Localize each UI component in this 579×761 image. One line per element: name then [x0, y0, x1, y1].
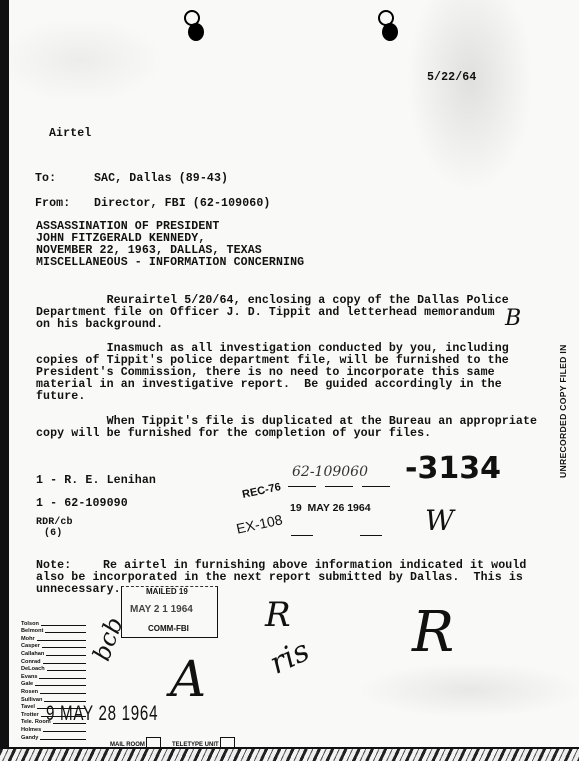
mailed-title: MAILED 19 — [146, 587, 188, 596]
margin-handwriting: B — [505, 306, 521, 331]
routing-line — [40, 739, 86, 740]
routing-row: Rosen — [21, 687, 86, 695]
routing-row: Tolson — [21, 619, 86, 627]
scan-edge-bottom — [0, 747, 579, 761]
routing-name: Sullivan — [21, 697, 42, 703]
stamp-underline — [291, 535, 313, 536]
handwritten-initials: R — [412, 600, 454, 665]
routing-name: Tavel — [21, 704, 35, 710]
rec-underline — [362, 486, 390, 487]
document-date: 5/22/64 — [427, 71, 476, 84]
body-line: material in an investigative report. Be … — [36, 378, 502, 391]
routing-line — [43, 731, 86, 732]
to-label: To: — [35, 172, 56, 185]
received-stamp: 19 MAY 26 1964 — [290, 502, 371, 514]
copy-count: (6) — [44, 528, 62, 539]
handwritten-initials: R — [265, 595, 291, 635]
serial-number: -3134 — [405, 451, 501, 486]
copy-line: 1 - 62-109090 — [36, 497, 128, 510]
mailed-stamp: MAILED 19 MAY 2 1 1964 COMM-FBI — [121, 586, 218, 638]
ex-stamp: EX-108 — [235, 511, 284, 536]
routing-line — [39, 678, 86, 679]
routing-line — [45, 632, 86, 633]
routing-name: Conrad — [21, 659, 41, 665]
routing-row: Evans — [21, 672, 86, 680]
routing-name: Gale — [21, 681, 33, 687]
routing-line — [43, 663, 86, 664]
handwritten-initials: bcb — [87, 613, 128, 664]
routing-line — [37, 640, 86, 641]
routing-name: Gandy — [21, 735, 38, 741]
copy-line: 1 - R. E. Lenihan — [36, 474, 156, 487]
rec-underline — [325, 486, 353, 487]
routing-row: Casper — [21, 642, 86, 650]
routing-line — [46, 655, 86, 656]
punch-hole — [188, 23, 204, 41]
routing-name: Callahan — [21, 651, 44, 657]
initials-handwriting: W — [425, 504, 454, 537]
routing-line — [47, 670, 86, 671]
to-value: SAC, Dallas (89-43) — [94, 172, 228, 185]
routing-name: Mohr — [21, 636, 35, 642]
routing-name: Evans — [21, 674, 37, 680]
routing-row: Gandy — [21, 733, 86, 741]
mailed-date: MAY 2 1 1964 — [130, 604, 193, 615]
rec-underline — [288, 486, 316, 487]
mailed-footer: COMM-FBI — [148, 624, 189, 633]
body-line: copy will be furnished for the completio… — [36, 427, 431, 440]
routing-name: Rosen — [21, 689, 38, 695]
handwritten-initials: ris — [264, 633, 314, 681]
stamp-underline — [360, 535, 382, 536]
scan-edge-left — [0, 0, 9, 761]
unrecorded-copy-stamp: UNRECORDED COPY FILED IN — [558, 344, 568, 478]
routing-row: Gale — [21, 680, 86, 688]
document-type: Airtel — [49, 127, 91, 140]
routing-name: Holmes — [21, 727, 41, 733]
rec-file-number: 62-109060 — [292, 464, 368, 480]
note-line: unnecessary. — [36, 583, 121, 596]
rec-stamp: REC-76 — [241, 481, 282, 501]
routing-row: Mohr — [21, 634, 86, 642]
routing-line — [40, 693, 86, 694]
routing-row: DeLoach — [21, 665, 86, 673]
bottom-date-stamp: 9 MAY 28 1964 — [46, 702, 158, 726]
document-page: 5/22/64 Airtel To: SAC, Dallas (89-43) F… — [0, 0, 579, 761]
routing-name: Casper — [21, 643, 40, 649]
subject-line: MISCELLANEOUS - INFORMATION CONCERNING — [36, 256, 304, 269]
routing-name: Tolson — [21, 621, 39, 627]
handwritten-initials: A — [170, 650, 206, 708]
routing-name: DeLoach — [21, 666, 45, 672]
routing-row: Callahan — [21, 649, 86, 657]
routing-name: Trotter — [21, 712, 39, 718]
routing-name: Belmont — [21, 628, 43, 634]
body-line: on his background. — [36, 318, 163, 331]
routing-row: Holmes — [21, 725, 86, 733]
routing-line — [42, 647, 86, 648]
routing-line — [35, 685, 86, 686]
routing-row: Conrad — [21, 657, 86, 665]
body-line: future. — [36, 390, 85, 403]
from-value: Director, FBI (62-109060) — [94, 197, 270, 210]
typist-initials: RDR/cb — [36, 517, 73, 528]
from-label: From: — [35, 197, 70, 210]
punch-hole — [382, 23, 398, 41]
routing-line — [41, 625, 86, 626]
routing-row: Belmont — [21, 627, 86, 635]
